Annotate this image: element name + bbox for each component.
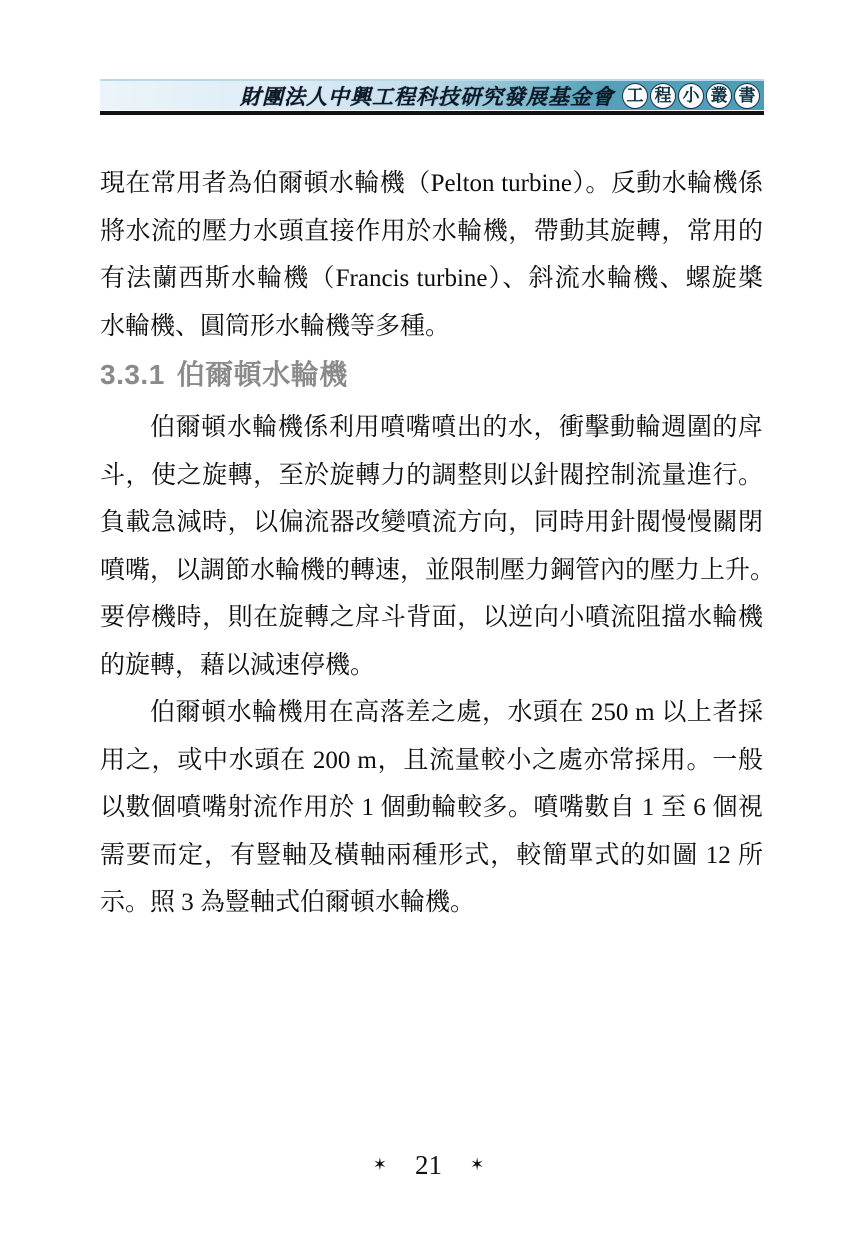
page-body: 現在常用者為伯爾頓水輪機（Pelton turbine）。反動水輪機係 將水流的… — [100, 160, 763, 927]
star-icon: ✶ — [470, 1148, 484, 1182]
text-line: 示。照 3 為豎軸式伯爾頓水輪機。 — [100, 879, 763, 927]
text-line: 負載急減時，以偏流器改變噴流方向，同時用針閥慢慢關閉 — [100, 499, 763, 547]
text-line: 伯爾頓水輪機係利用噴嘴噴出的水，衝擊動輪週圍的戽 — [100, 404, 763, 452]
text-line: 以數個噴嘴射流作用於 1 個動輪較多。噴嘴數自 1 至 6 個視 — [100, 784, 763, 832]
text-line: 將水流的壓力水頭直接作用於水輪機，帶動其旋轉，常用的 — [100, 208, 763, 256]
foundation-title: 財團法人中興工程科技研究發展基金會 — [240, 81, 614, 111]
series-badge-1: 工 — [622, 83, 648, 109]
page-footer: ✶ 21 ✶ — [0, 1148, 857, 1182]
text-line: 需要而定，有豎軸及橫軸兩種形式，較簡單式的如圖 12 所 — [100, 832, 763, 880]
series-badge-strip: 工 程 小 叢 書 — [622, 83, 760, 109]
series-badge-2: 程 — [650, 83, 676, 109]
header-banner: 財團法人中興工程科技研究發展基金會 工 程 小 叢 書 — [100, 79, 764, 110]
text-line: 用之，或中水頭在 200 m，且流量較小之處亦常採用。一般 — [100, 737, 763, 785]
text-line: 斗，使之旋轉，至於旋轉力的調整則以針閥控制流量進行。 — [100, 452, 763, 500]
star-icon: ✶ — [373, 1148, 387, 1182]
paragraph-1: 現在常用者為伯爾頓水輪機（Pelton turbine）。反動水輪機係 將水流的… — [100, 160, 763, 350]
series-badge-5: 書 — [734, 83, 760, 109]
page-number: 21 — [415, 1148, 442, 1182]
section-title: 伯爾頓水輪機 — [177, 359, 348, 390]
text-line: 噴嘴，以調節水輪機的轉速，並限制壓力鋼管內的壓力上升。 — [100, 547, 763, 595]
text-line: 伯爾頓水輪機用在高落差之處，水頭在 250 m 以上者採 — [100, 689, 763, 737]
header-divider-rule — [100, 111, 764, 115]
text-line: 有法蘭西斯水輪機（Francis turbine）、斜流水輪機、螺旋槳 — [100, 255, 763, 303]
series-badge-4: 叢 — [706, 83, 732, 109]
text-line: 的旋轉，藉以減速停機。 — [100, 642, 763, 690]
paragraph-3: 伯爾頓水輪機用在高落差之處，水頭在 250 m 以上者採 用之，或中水頭在 20… — [100, 689, 763, 927]
section-heading-3-3-1: 3.3.1伯爾頓水輪機 — [100, 356, 763, 394]
text-line: 要停機時，則在旋轉之戽斗背面，以逆向小噴流阻擋水輪機 — [100, 594, 763, 642]
paragraph-2: 伯爾頓水輪機係利用噴嘴噴出的水，衝擊動輪週圍的戽 斗，使之旋轉，至於旋轉力的調整… — [100, 404, 763, 689]
series-badge-3: 小 — [678, 83, 704, 109]
text-line: 水輪機、圓筒形水輪機等多種。 — [100, 303, 763, 351]
section-number: 3.3.1 — [100, 359, 165, 390]
text-line: 現在常用者為伯爾頓水輪機（Pelton turbine）。反動水輪機係 — [100, 160, 763, 208]
document-page: 財團法人中興工程科技研究發展基金會 工 程 小 叢 書 現在常用者為伯爾頓水輪機… — [0, 0, 857, 1240]
